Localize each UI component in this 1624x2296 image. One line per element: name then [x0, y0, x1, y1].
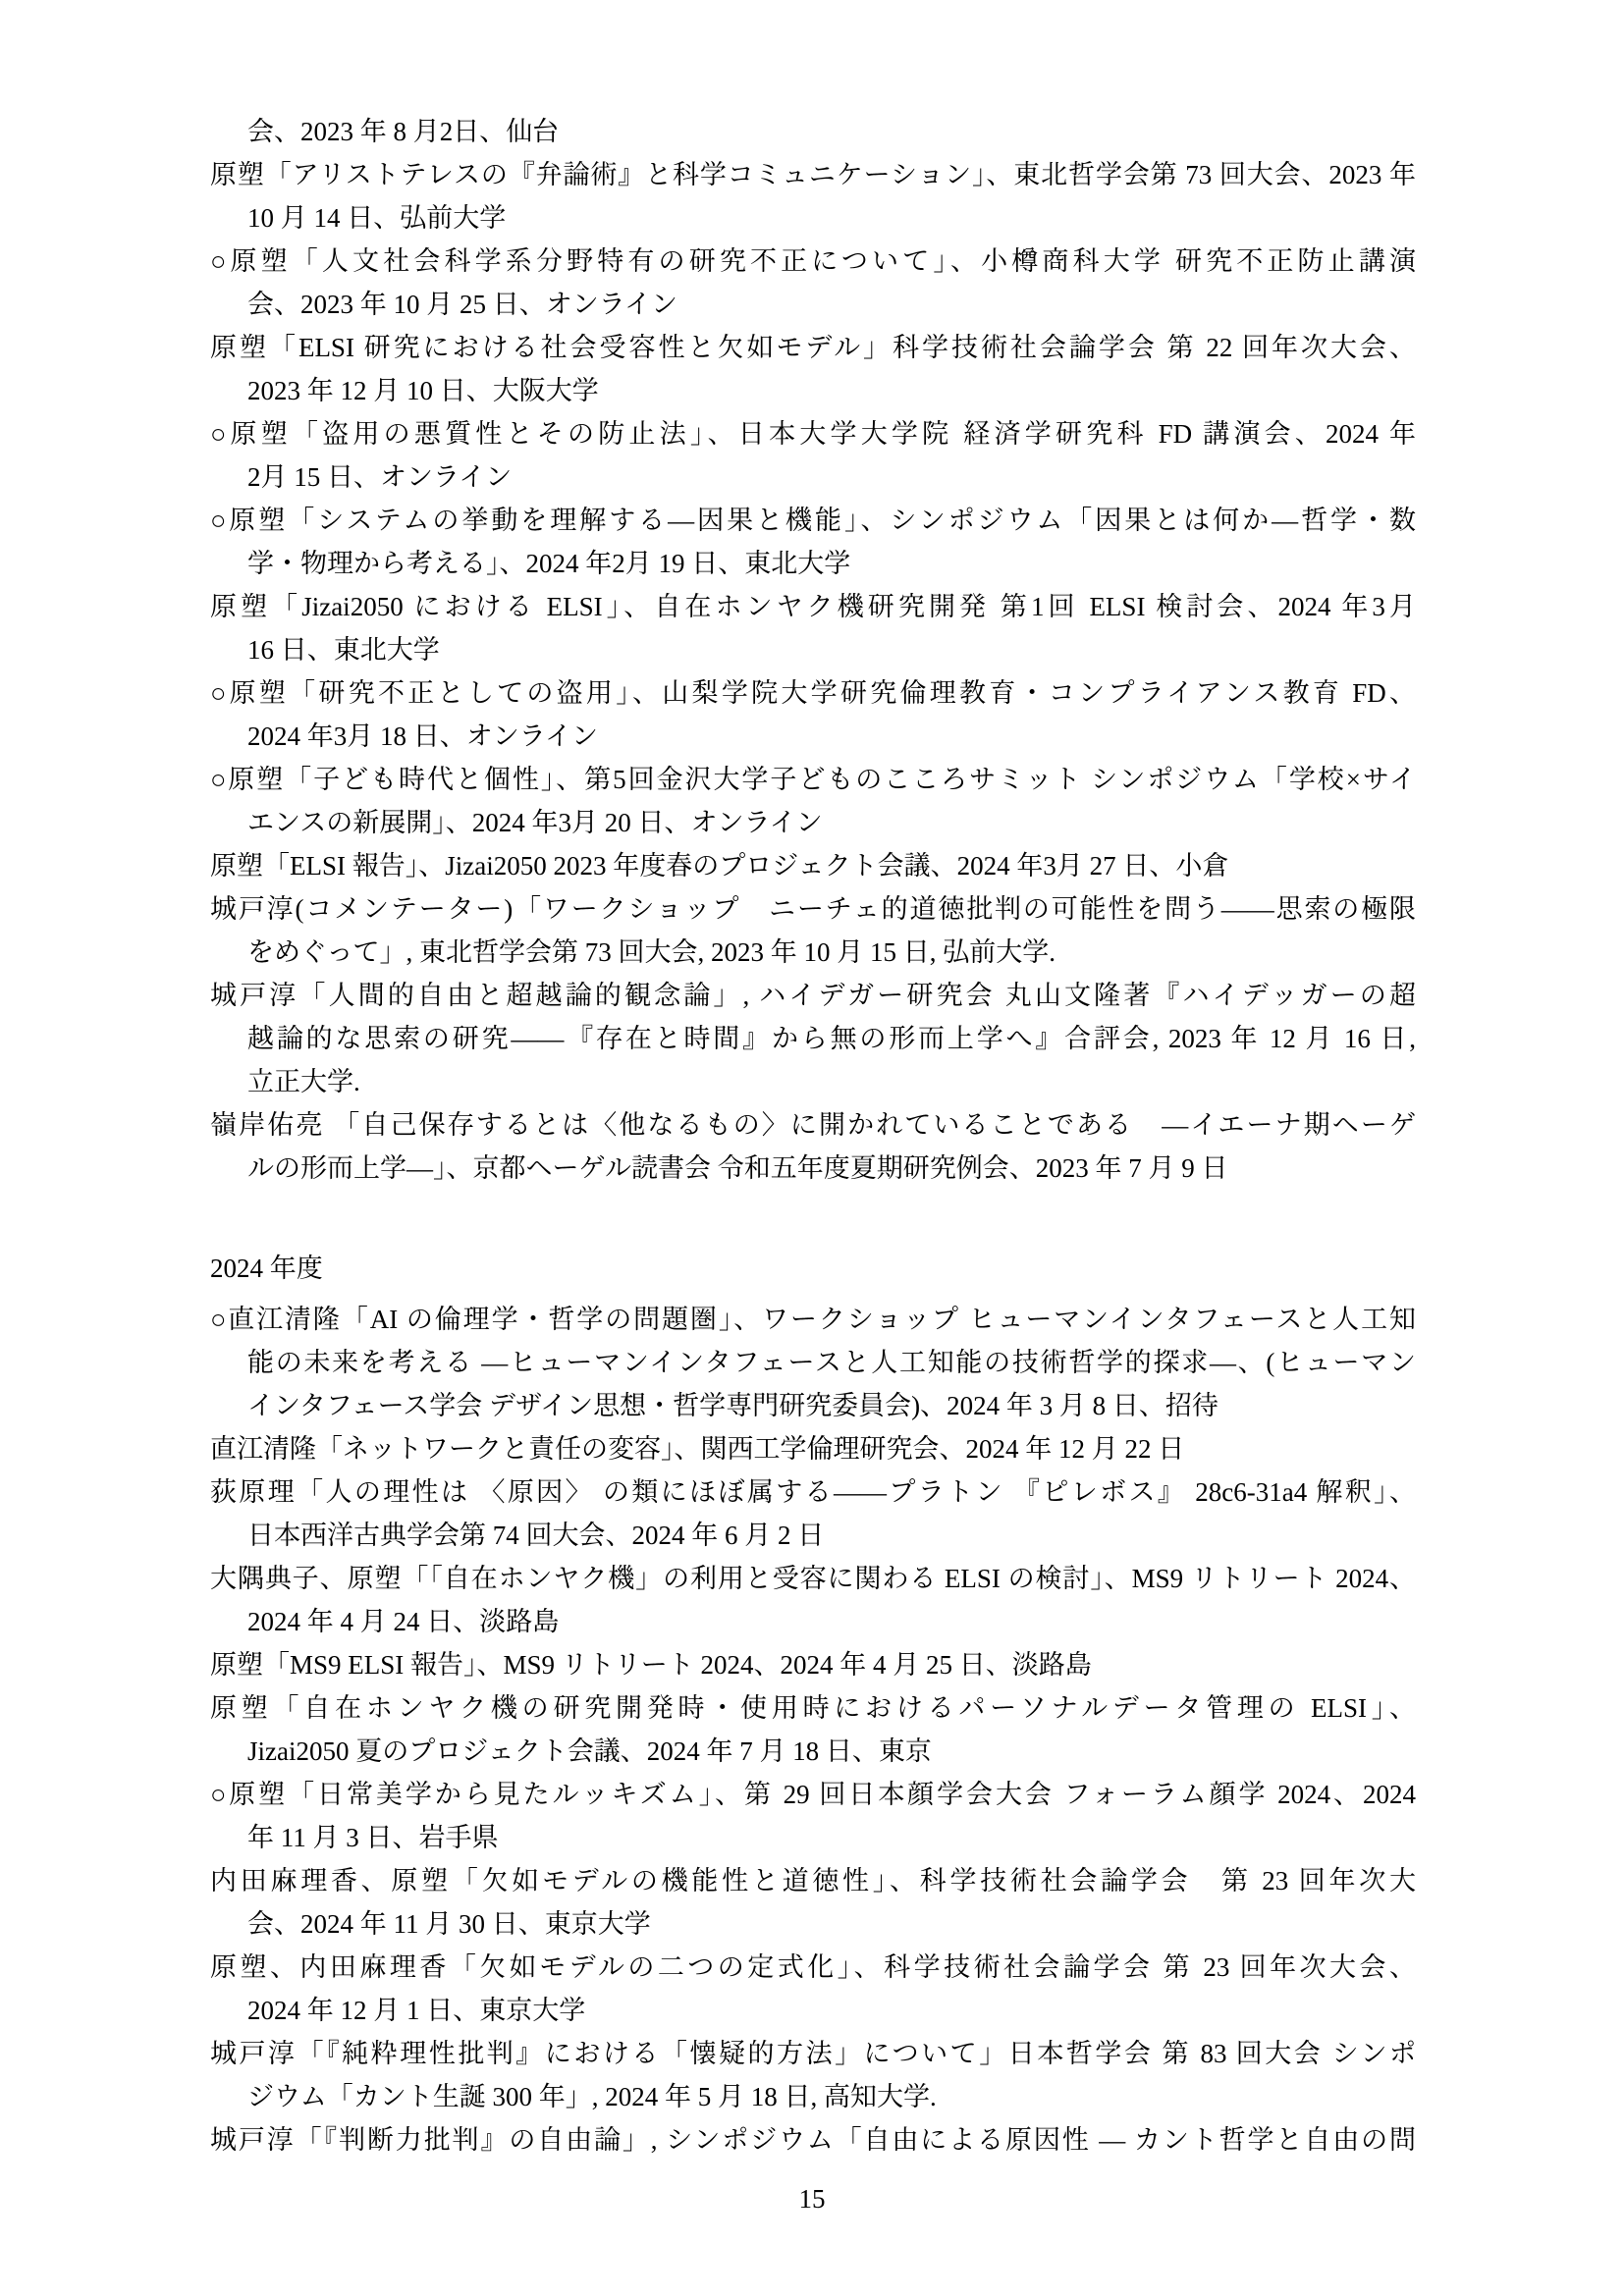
entry-line: ルの形而上学―」、京都ヘーゲル読書会 令和五年度夏期研究例会、2023 年 7 …: [247, 1147, 1416, 1190]
entry-line: 原塑、内田麻理香「欠如モデルの二つの定式化」、科学技術社会論学会 第 23 回年…: [210, 1946, 1416, 1989]
entry-line: 年 11 月 3 日、岩手県: [247, 1816, 1416, 1859]
page-number: 15: [0, 2177, 1624, 2220]
entry-line: 日本西洋古典学会第 74 回大会、2024 年 6 月 2 日: [247, 1514, 1416, 1557]
entry-line: 能の未来を考える ―ヒューマンインタフェースと人工知能の技術哲学的探求―、(ヒュ…: [247, 1341, 1416, 1384]
entry-line: 2024 年3月 18 日、オンライン: [247, 715, 1416, 758]
entry-line: 原塑「MS9 ELSI 報告」、MS9 リトリート 2024、2024 年 4 …: [210, 1643, 1416, 1686]
entry-line: 内田麻理香、原塑「欠如モデルの機能性と道徳性」、科学技術社会論学会 第 23 回…: [210, 1859, 1416, 1902]
entry-line: 原塑「アリストテレスの『弁論術』と科学コミュニケーション」、東北哲学会第 73 …: [210, 153, 1416, 196]
entry-line: 2023 年 12 月 10 日、大阪大学: [247, 369, 1416, 412]
entry-line: ○原塑「日常美学から見たルッキズム」、第 29 回日本顔学会大会 フォーラム顔学…: [210, 1773, 1416, 1816]
entry-line: 学・物理から考える」、2024 年2月 19 日、東北大学: [247, 542, 1416, 585]
entry-line: 2024 年 4 月 24 日、淡路島: [247, 1600, 1416, 1643]
entry-line: 原塑「ELSI 研究における社会受容性と欠如モデル」科学技術社会論学会 第 22…: [210, 326, 1416, 369]
document-page: 会、2023 年 8 月2日、仙台原塑「アリストテレスの『弁論術』と科学コミュニ…: [0, 0, 1624, 2296]
entry-line: 城戸淳「人間的自由と超越論的観念論」, ハイデガー研究会 丸山文隆著『ハイデッガ…: [210, 974, 1416, 1017]
entry-line: ○原塑「システムの挙動を理解する―因果と機能」、シンポジウム「因果とは何か―哲学…: [210, 499, 1416, 542]
entry-line: 会、2023 年 8 月2日、仙台: [247, 110, 1416, 153]
entry-line: ○原塑「人文社会科学系分野特有の研究不正について」、小樽商科大学 研究不正防止講…: [210, 240, 1416, 283]
entry-line: 越論的な思索の研究――『存在と時間』から無の形而上学へ』合評会, 2023 年 …: [247, 1017, 1416, 1060]
entry-line: 大隅典子、原塑「「自在ホンヤク機」の利用と受容に関わる ELSI の検討」、MS…: [210, 1557, 1416, 1600]
entry-line: 嶺岸佑亮 「自己保存するとは〈他なるもの〉に開かれていることである ―イエーナ期…: [210, 1103, 1416, 1147]
entry-line: 荻原理「人の理性は 〈原因〉 の類にほぼ属する――プラトン 『ピレボス』 28c…: [210, 1470, 1416, 1514]
entry-line: 原塑「ELSI 報告」、Jizai2050 2023 年度春のプロジェクト会議、…: [210, 844, 1416, 887]
entry-line: エンスの新展開」、2024 年3月 20 日、オンライン: [247, 801, 1416, 844]
entry-line: ○原塑「研究不正としての盗用」、山梨学院大学研究倫理教育・コンプライアンス教育 …: [210, 671, 1416, 715]
entry-line: をめぐって」, 東北哲学会第 73 回大会, 2023 年 10 月 15 日,…: [247, 931, 1416, 974]
entry-line: ○原塑「子ども時代と個性」、第5回金沢大学子どものこころサミット シンポジウム「…: [210, 758, 1416, 801]
entry-line: 2月 15 日、オンライン: [247, 455, 1416, 499]
section-heading: 2024 年度: [210, 1247, 1416, 1290]
entry-line: 城戸淳「『純粋理性批判』における「懐疑的方法」について」日本哲学会 第 83 回…: [210, 2032, 1416, 2075]
entry-line: 立正大学.: [247, 1060, 1416, 1103]
entry-line: ○原塑「盗用の悪質性とその防止法」、日本大学大学院 経済学研究科 FD 講演会、…: [210, 412, 1416, 455]
entry-line: ○直江清隆「AI の倫理学・哲学の問題圏」、ワークショップ ヒューマンインタフェ…: [210, 1298, 1416, 1341]
entry-line: 2024 年 12 月 1 日、東京大学: [247, 1989, 1416, 2032]
entry-line: ジウム「カント生誕 300 年」, 2024 年 5 月 18 日, 高知大学.: [247, 2075, 1416, 2118]
publication-list: 会、2023 年 8 月2日、仙台原塑「アリストテレスの『弁論術』と科学コミュニ…: [210, 110, 1416, 2162]
entry-line: Jizai2050 夏のプロジェクト会議、2024 年 7 月 18 日、東京: [247, 1730, 1416, 1773]
entry-line: 10 月 14 日、弘前大学: [247, 196, 1416, 240]
entry-line: インタフェース学会 デザイン思想・哲学専門研究委員会)、2024 年 3 月 8…: [247, 1384, 1416, 1427]
entry-line: 直江清隆「ネットワークと責任の変容」、関西工学倫理研究会、2024 年 12 月…: [210, 1427, 1416, 1470]
entry-line: 原塑「Jizai2050 における ELSI」、自在ホンヤク機研究開発 第1回 …: [210, 585, 1416, 628]
entry-line: 原塑「自在ホンヤク機の研究開発時・使用時におけるパーソナルデータ管理の ELSI…: [210, 1686, 1416, 1730]
entry-line: 16 日、東北大学: [247, 628, 1416, 671]
entry-line: 城戸淳(コメンテーター)「ワークショップ ニーチェ的道徳批判の可能性を問う――思…: [210, 887, 1416, 931]
entry-line: 会、2024 年 11 月 30 日、東京大学: [247, 1902, 1416, 1946]
entry-line: 会、2023 年 10 月 25 日、オンライン: [247, 283, 1416, 326]
entry-line: 城戸淳「『判断力批判』の自由論」, シンポジウム「自由による原因性 ― カント哲…: [210, 2118, 1416, 2162]
